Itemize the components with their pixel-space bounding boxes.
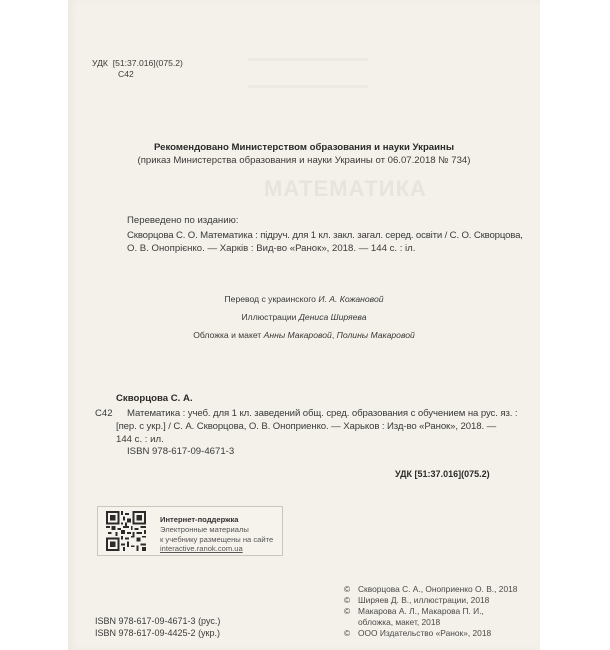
catalog-isbn: ISBN 978-617-09-4671-3: [127, 446, 234, 459]
credit-translation-label: Перевод с украинского: [224, 294, 318, 304]
translated-from-line1: Скворцова С. О. Математика : підруч. для…: [127, 230, 523, 243]
internet-support-url[interactable]: interactive.ranok.com.ua: [160, 544, 273, 554]
copyright-icon: ©: [344, 595, 358, 606]
isbn-rus: ISBN 978-617-09-4671-3 (рус.): [95, 615, 220, 628]
credit-illustrations-name: Дениса Ширяева: [299, 312, 367, 322]
copyright-icon: ©: [344, 628, 358, 639]
credit-translation-name: И. А. Кожановой: [318, 294, 383, 304]
udk-top: УДК [51:37.016](075.2): [92, 58, 183, 69]
translated-from-label: Переведено по изданию:: [127, 215, 238, 228]
copyright-list: © Скворцова С. А., Оноприенко О. В., 201…: [344, 584, 517, 639]
qr-code-icon[interactable]: [106, 511, 146, 551]
catalog-author: Скворцова С. А.: [116, 393, 193, 406]
copyright-item: © ООО Издательство «Ранок», 2018: [344, 628, 517, 639]
recommendation-title: Рекомендовано Министерством образования …: [68, 142, 540, 155]
credit-cover: Обложка и макет Анны Макаровой, Полины М…: [68, 330, 540, 341]
credit-cover-name1: Анны Макаровой: [264, 330, 332, 340]
internet-support-text: Интернет-поддержка Электронные материалы…: [160, 515, 273, 554]
copyright-text: Ширяев Д. В., иллюстрации, 2018: [358, 595, 489, 606]
bleed-through-title: МАТЕМАТИКА: [264, 176, 427, 202]
copyright-item: © Скворцова С. А., Оноприенко О. В., 201…: [344, 584, 517, 595]
copyright-item: © Макарова А. Л., Макарова П. И., обложк…: [344, 606, 517, 628]
credit-cover-label: Обложка и макет: [193, 330, 263, 340]
bleed-through-lines: [248, 58, 368, 88]
credit-illustrations: Иллюстрации Дениса Ширяева: [68, 312, 540, 323]
copyright-icon: ©: [344, 606, 358, 628]
author-mark-top: С42: [118, 69, 134, 80]
copyright-text: Макарова А. Л., Макарова П. И., обложка,…: [358, 606, 484, 628]
credit-illustrations-label: Иллюстрации: [242, 312, 299, 322]
copyright-text-line2: обложка, макет, 2018: [358, 617, 440, 627]
catalog-line2: [пер. с укр.] / С. А. Скворцова, О. В. О…: [116, 421, 496, 434]
copyright-text: ООО Издательство «Ранок», 2018: [358, 628, 491, 639]
catalog-line1: Математика : учеб. для 1 кл. заведений о…: [127, 408, 517, 421]
catalog-udk: УДК [51:37.016](075.2): [395, 468, 490, 481]
catalog-line3: 144 с. : ил.: [116, 434, 164, 447]
translated-from-line2: О. В. Онопрієнко. — Харків : Вид-во «Ран…: [127, 243, 415, 256]
copyright-text-line1: Макарова А. Л., Макарова П. И.,: [358, 606, 484, 616]
recommendation-order: (приказ Министерства образования и науки…: [68, 155, 540, 168]
copyright-text: Скворцова С. А., Оноприенко О. В., 2018: [358, 584, 517, 595]
credit-translation: Перевод с украинского И. А. Кожановой: [68, 294, 540, 305]
credit-cover-name2: Полины Макаровой: [337, 330, 415, 340]
copyright-item: © Ширяев Д. В., иллюстрации, 2018: [344, 595, 517, 606]
udk-label: УДК: [92, 58, 108, 68]
udk-code: [51:37.016](075.2): [113, 58, 183, 68]
internet-support-title: Интернет-поддержка: [160, 515, 273, 525]
internet-support-line1: Электронные материалы: [160, 525, 273, 535]
isbn-ukr: ISBN 978-617-09-4425-2 (укр.): [95, 627, 220, 640]
copyright-icon: ©: [344, 584, 358, 595]
internet-support-box: Интернет-поддержка Электронные материалы…: [97, 506, 283, 556]
catalog-mark: С42: [95, 408, 113, 421]
internet-support-line2: к учебнику размещены на сайте: [160, 535, 273, 545]
